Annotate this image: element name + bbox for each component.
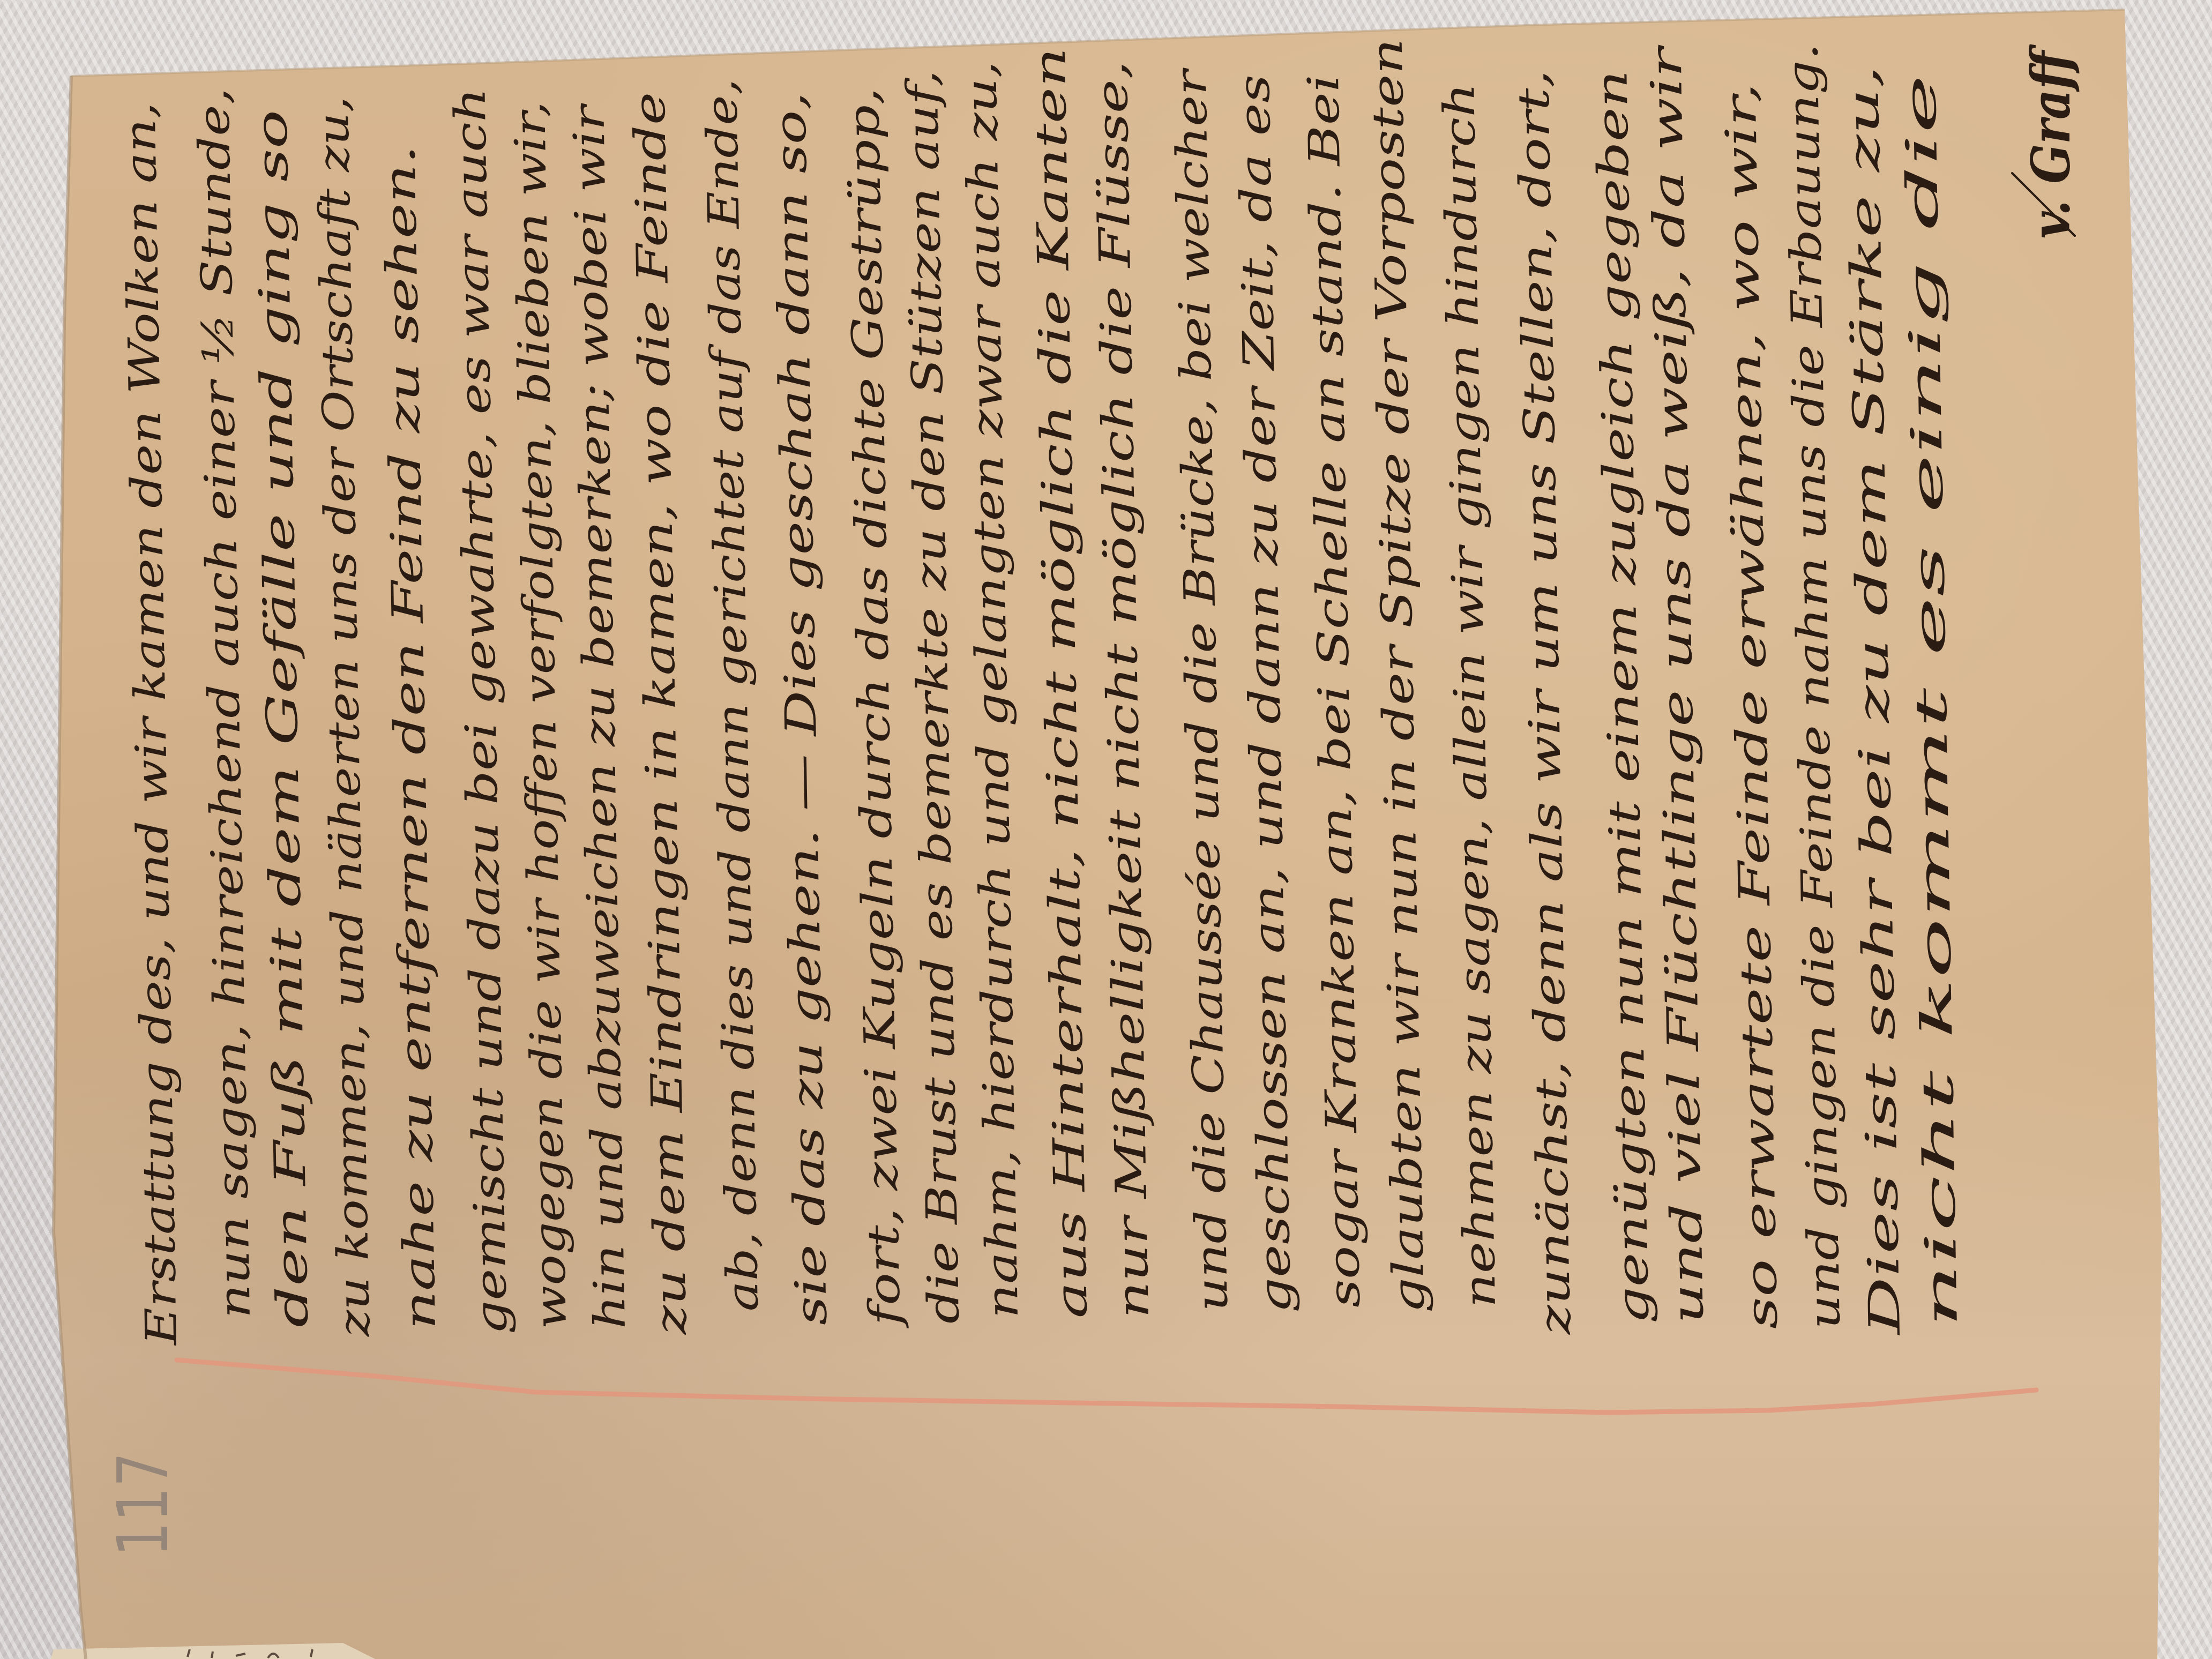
text-line: nehmen zu sagen, allein wir gingen hindu…: [1434, 83, 1505, 1308]
text-line: Erstattung des, und wir kamen den Wolken…: [115, 102, 187, 1347]
page-overlay: 117 Erstattung des, und wir kamen den Wo…: [0, 0, 2212, 1659]
text-line: geschlossen an, und dann zu der Zeit, da…: [1229, 74, 1301, 1313]
text-line: nur Mißhelligkeit nicht möglich die Flüs…: [1087, 61, 1159, 1319]
text-line: gemischt und dazu bei gewahrte, es war a…: [445, 87, 517, 1335]
text-line: aus Hinterhalt, nicht möglich die Kanten: [1025, 47, 1097, 1319]
text-line: fort, zwei Kugeln durch das dichte Gestr…: [839, 87, 910, 1329]
text-line: zu kommen, und näherten uns der Ortschaf…: [308, 96, 379, 1337]
page-number: 117: [102, 1452, 184, 1557]
text-line: die Brust und es bemerkte zu den Stützen…: [897, 70, 969, 1324]
underlying-sheet-marks: [188, 1649, 312, 1658]
text-line: zu dem Eindringen in kamen, wo die Feind…: [625, 92, 696, 1336]
text-line: zunächst, denn als wir um uns Stellen, d…: [1508, 70, 1580, 1336]
text-line: so erwartete Feinde erwähnen, wo wir,: [1715, 83, 1787, 1329]
text-line: und gingen die Feinde nahm uns die Erbau…: [1777, 43, 1850, 1329]
text-line: nahe zu entfernen den Feind zu sehen.: [375, 145, 445, 1330]
paper-left-edge: [54, 76, 86, 1659]
red-margin-line: [177, 1360, 2036, 1413]
text-line: den Fuß mit dem Gefälle und ging so: [246, 109, 318, 1328]
text-line: ab, denn dies und dann gerichtet auf das…: [697, 78, 768, 1312]
text-line: sogar Kranken an, bei Schelle an stand. …: [1298, 74, 1370, 1308]
photo-scene: 117 Erstattung des, und wir kamen den Wo…: [0, 0, 2212, 1659]
text-line: glaubten wir nun in der Spitze der Vorpo…: [1362, 38, 1434, 1313]
signature: v. Graff: [2012, 44, 2082, 238]
signature-text: v. Graff: [2019, 44, 2082, 238]
text-line: nahm, hierdurch und gelangten zwar auch …: [956, 61, 1028, 1319]
text-line: wogegen die wir hoffen verfolgten, blieb…: [505, 101, 576, 1329]
text-line: sie das zu gehen. — Dies geschah dann so…: [765, 92, 836, 1326]
text-line: und die Chaussée und die Brücke, bei wel…: [1165, 66, 1237, 1312]
text-line: hin und abzuweichen zu bemerken; wobei w…: [564, 102, 635, 1329]
letter-body: Erstattung des, und wir kamen den Wolken…: [115, 38, 1967, 1347]
